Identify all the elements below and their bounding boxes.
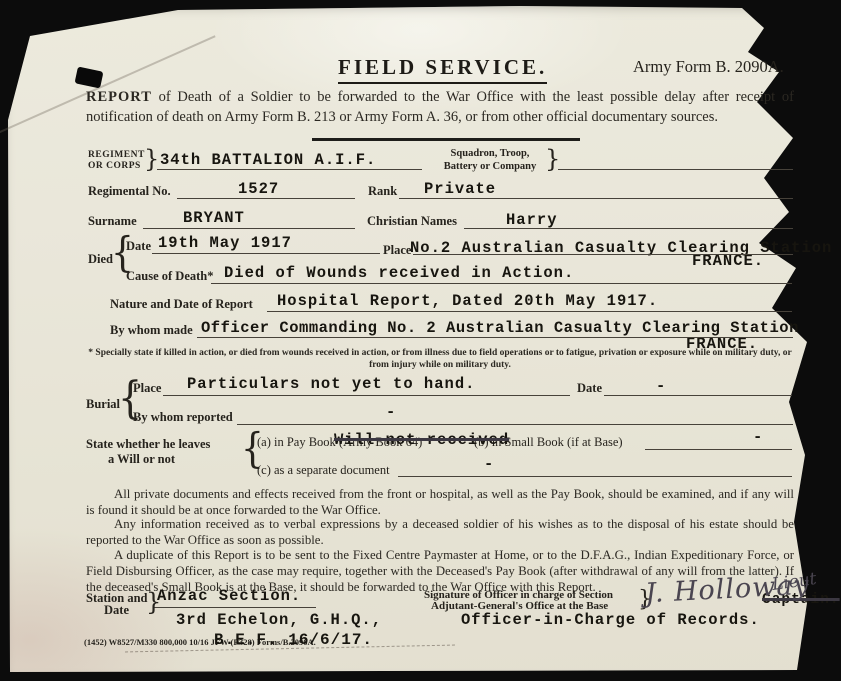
will-typed-value: Will not received bbox=[334, 431, 509, 449]
surname-line bbox=[143, 228, 355, 229]
will-c-value: - bbox=[484, 455, 494, 473]
regiment-label: REGIMENT OR CORPS bbox=[88, 150, 145, 173]
burial-date-value: - bbox=[656, 377, 666, 395]
report-nature-line bbox=[267, 311, 792, 312]
report-rest: of Death of a Soldier to be forwarded to… bbox=[86, 89, 794, 125]
surname-label: Surname bbox=[88, 214, 137, 229]
will-label-line1: State whether he leaves bbox=[86, 437, 210, 452]
will-b-line bbox=[645, 449, 792, 450]
squadron-line bbox=[558, 169, 793, 170]
burial-reported-value: - bbox=[386, 403, 396, 421]
cause-of-death-value: Died of Wounds received in Action. bbox=[224, 264, 574, 282]
squadron-label-line1: Squadron, Troop, bbox=[437, 148, 543, 161]
squadron-label: Squadron, Troop, Battery or Company bbox=[437, 148, 543, 173]
by-whom-made-line bbox=[197, 337, 793, 338]
regiment-value: 34th BATTALION A.I.F. bbox=[160, 151, 376, 169]
died-place-line bbox=[413, 254, 793, 255]
cause-of-death-line bbox=[211, 283, 792, 284]
station-line bbox=[154, 607, 316, 608]
scanned-document: FIELD SERVICE. Army Form B. 2090A. REPOR… bbox=[0, 0, 841, 681]
christian-names-label: Christian Names bbox=[367, 214, 457, 229]
died-date-value: 19th May 1917 bbox=[158, 234, 292, 252]
will-c-label: (c) as a separate document bbox=[257, 463, 390, 478]
rank-line bbox=[399, 198, 793, 199]
squadron-label-line2: Battery or Company bbox=[437, 161, 543, 174]
section-divider-rule bbox=[312, 138, 580, 141]
burial-date-label: Date bbox=[577, 381, 602, 396]
burial-reported-label: By whom reported bbox=[133, 410, 233, 425]
burial-place-label: Place bbox=[133, 381, 161, 396]
form-number: Army Form B. 2090A. bbox=[633, 57, 784, 77]
died-label: Died bbox=[88, 252, 113, 267]
regimental-no-line bbox=[177, 198, 355, 199]
report-lead: REPORT bbox=[86, 89, 152, 105]
burial-reported-line bbox=[237, 424, 793, 425]
died-date-line bbox=[152, 253, 380, 254]
squadron-brace: } bbox=[545, 145, 560, 173]
burial-place-line bbox=[163, 395, 570, 396]
surname-value: BRYANT bbox=[183, 209, 245, 227]
station-value-line2: 3rd Echelon, G.H.Q., bbox=[176, 611, 382, 629]
will-b-value: - bbox=[753, 428, 763, 446]
regimental-no-value: 1527 bbox=[238, 180, 279, 198]
regimental-no-label: Regimental No. bbox=[88, 184, 171, 199]
died-date-label: Date bbox=[126, 239, 151, 254]
regiment-label-line1: REGIMENT bbox=[88, 150, 145, 161]
rank-value: Private bbox=[424, 180, 496, 198]
burial-label: Burial bbox=[86, 397, 120, 412]
burial-date-line bbox=[604, 395, 792, 396]
burial-place-value: Particulars not yet to hand. bbox=[187, 375, 475, 393]
instruction-paragraph-2: Any information received as to verbal ex… bbox=[86, 517, 794, 549]
report-nature-value: Hospital Report, Dated 20th May 1917. bbox=[277, 292, 658, 310]
died-place-label: Place bbox=[383, 243, 411, 258]
will-c-line bbox=[398, 476, 792, 477]
report-nature-label: Nature and Date of Report bbox=[110, 297, 253, 312]
cause-of-death-label: Cause of Death* bbox=[126, 269, 214, 284]
station-value-line1: Anzac Section. bbox=[157, 587, 301, 605]
regiment-label-line2: OR CORPS bbox=[88, 161, 145, 172]
rank-label: Rank bbox=[368, 184, 397, 199]
instruction-paragraph-1: All private documents and effects receiv… bbox=[86, 487, 794, 519]
by-whom-made-label: By whom made bbox=[110, 323, 193, 338]
report-paragraph: REPORT of Death of a Soldier to be forwa… bbox=[86, 87, 794, 128]
station-value-line3: B.E.F. 16/6/17. bbox=[214, 631, 373, 649]
records-officer-line: Officer-in-Charge of Records. bbox=[461, 611, 760, 629]
regiment-brace: } bbox=[144, 145, 159, 173]
station-label-line2: Date bbox=[104, 603, 129, 618]
will-label-line2: a Will or not bbox=[108, 452, 175, 467]
form-title: FIELD SERVICE. bbox=[338, 55, 547, 84]
regiment-line bbox=[157, 169, 422, 170]
christian-names-value: Harry bbox=[506, 211, 558, 229]
